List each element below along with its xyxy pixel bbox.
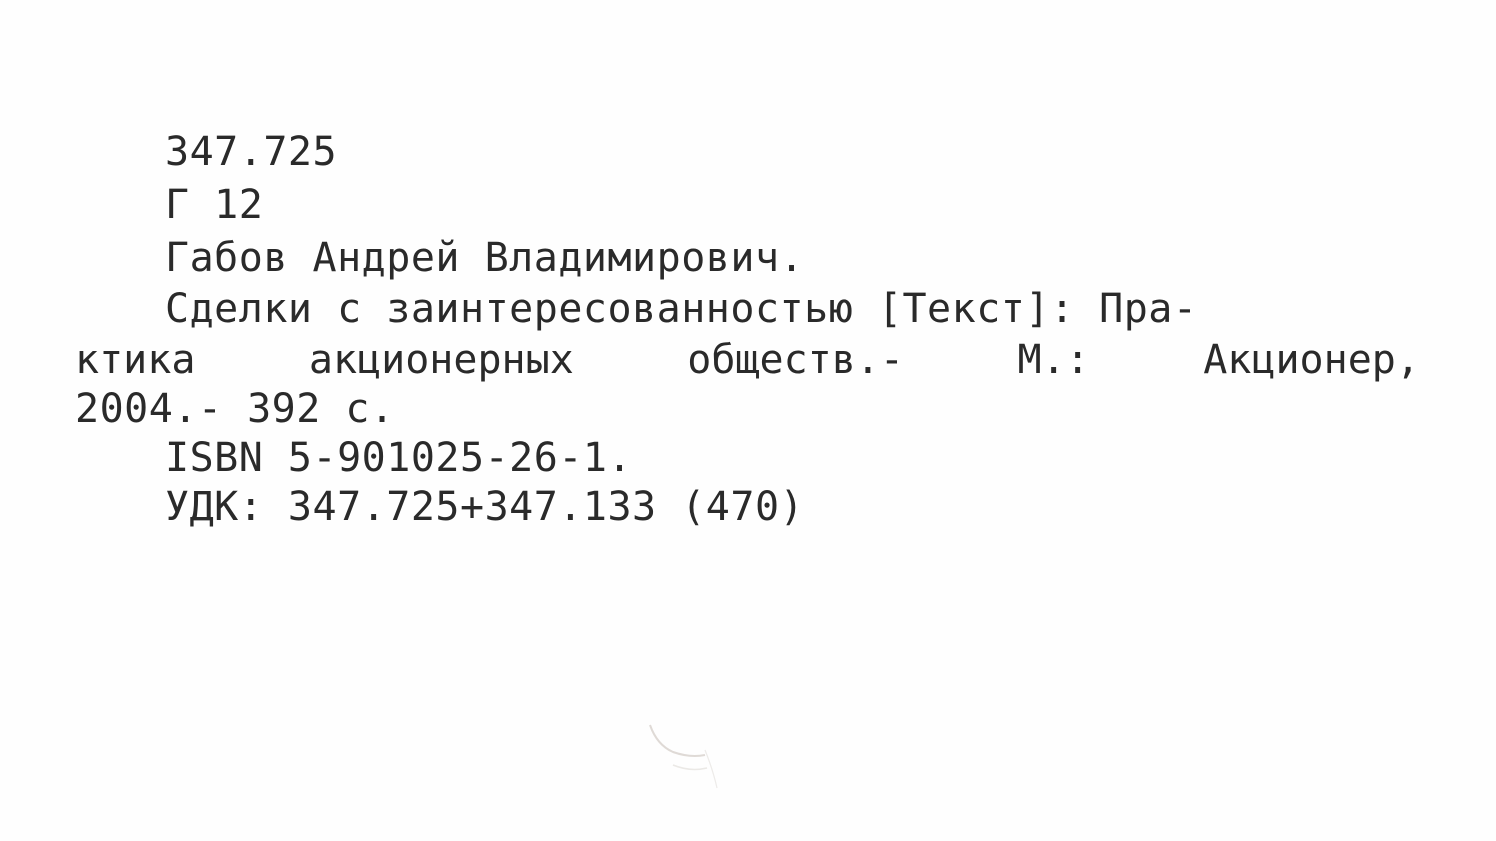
author-name: Габов Андрей Владимирович.: [165, 233, 804, 283]
title-word: ктика: [75, 335, 195, 385]
title-word: обществ.-: [687, 335, 904, 385]
catalog-card: 347.725 Г 12 Габов Андрей Владимирович. …: [0, 0, 1496, 841]
call-number: 347.725: [165, 127, 337, 177]
title-word: М.:: [1017, 335, 1089, 385]
author-mark: Г 12: [165, 180, 263, 230]
scan-smudge-mark: [645, 710, 725, 790]
title-word: Акционер,: [1203, 335, 1420, 385]
title-line-1: Сделки с заинтересованностью [Текст]: Пр…: [165, 284, 1197, 334]
udc-classification: УДК: 347.725+347.133 (470): [165, 482, 804, 532]
title-line-3: 2004.- 392 с.: [75, 384, 395, 434]
isbn: ISBN 5-901025-26-1.: [165, 433, 632, 483]
title-line-2: ктика акционерных обществ.- М.: Акционер…: [75, 335, 1420, 385]
title-word: акционерных: [309, 335, 574, 385]
